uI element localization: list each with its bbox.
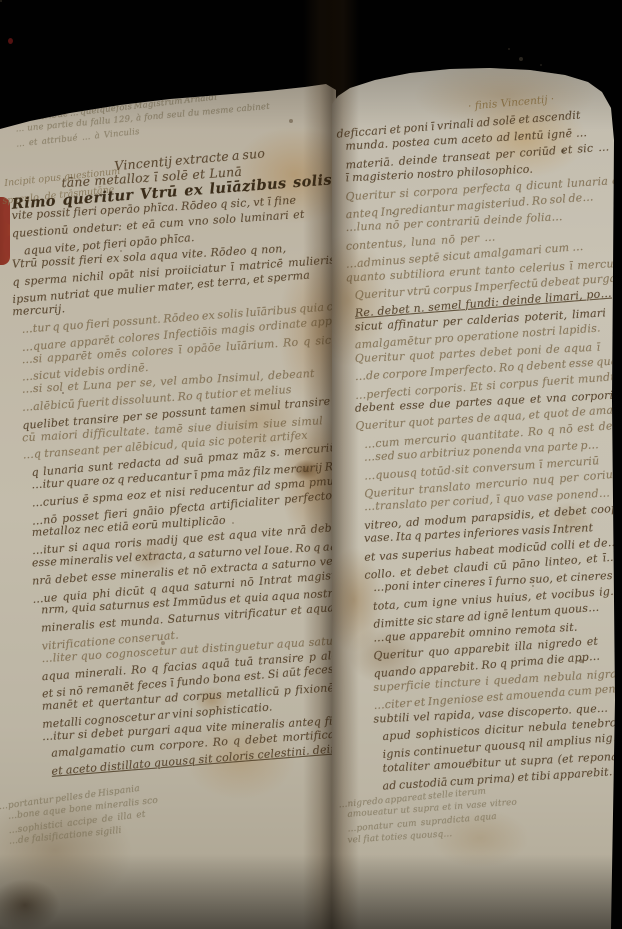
left-page-body: Vincentij extracte a suotāne metalloz ī …	[6, 140, 336, 778]
right-page: · finis Vincentij · deficcari et poni ī …	[330, 0, 622, 929]
right-page-body: deficcari et poni ī vrinali ad solē et a…	[340, 105, 622, 795]
manuscript-photo: … est attribué … quelquefois Magistrum A…	[0, 0, 622, 929]
left-page: … est attribué … quelquefois Magistrum A…	[0, 0, 336, 929]
ink-specks	[0, 0, 2, 2]
left-page-top-annotations: … est attribué … quelquefois Magistrum A…	[10, 80, 336, 150]
left-page-foot-notes: …portantur pelles de Hispania…bone aque …	[2, 774, 226, 851]
red-fleck	[8, 38, 13, 44]
